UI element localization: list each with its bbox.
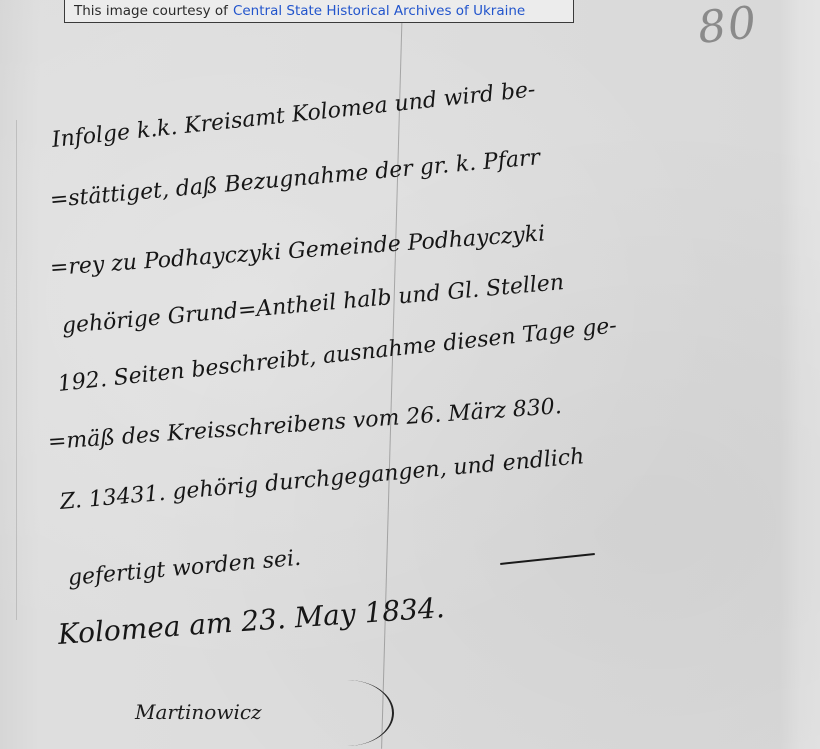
page-number: 80: [695, 0, 760, 54]
handwritten-line: Infolge k.k. Kreisamt Kolomea und wird b…: [51, 77, 537, 153]
scanned-document-image: 80 Infolge k.k. Kreisamt Kolomea und wir…: [0, 0, 820, 749]
signature: Martinowicz: [135, 700, 262, 724]
signature-flourish: [300, 680, 394, 746]
handwritten-line: Z. 13431. gehörig durchgegangen, und end…: [59, 444, 585, 515]
attribution-prefix: This image courtesy of: [74, 3, 228, 19]
handwritten-line: Kolomea am 23. May 1834.: [57, 591, 446, 651]
archive-link[interactable]: Central State Historical Archives of Ukr…: [233, 3, 525, 19]
paper-edge-line: [16, 120, 17, 620]
handwritten-line: =rey zu Podhayczyki Gemeinde Podhayczyki: [49, 221, 546, 281]
pen-stroke: [500, 553, 595, 565]
attribution-banner: This image courtesy of Central State His…: [64, 0, 574, 23]
handwritten-line: gefertigt worden sei.: [67, 546, 302, 591]
handwritten-line: =stättiget, daß Bezugnahme der gr. k. Pf…: [49, 145, 541, 213]
handwritten-line: =mäß des Kreisschreibens vom 26. März 83…: [47, 394, 562, 455]
